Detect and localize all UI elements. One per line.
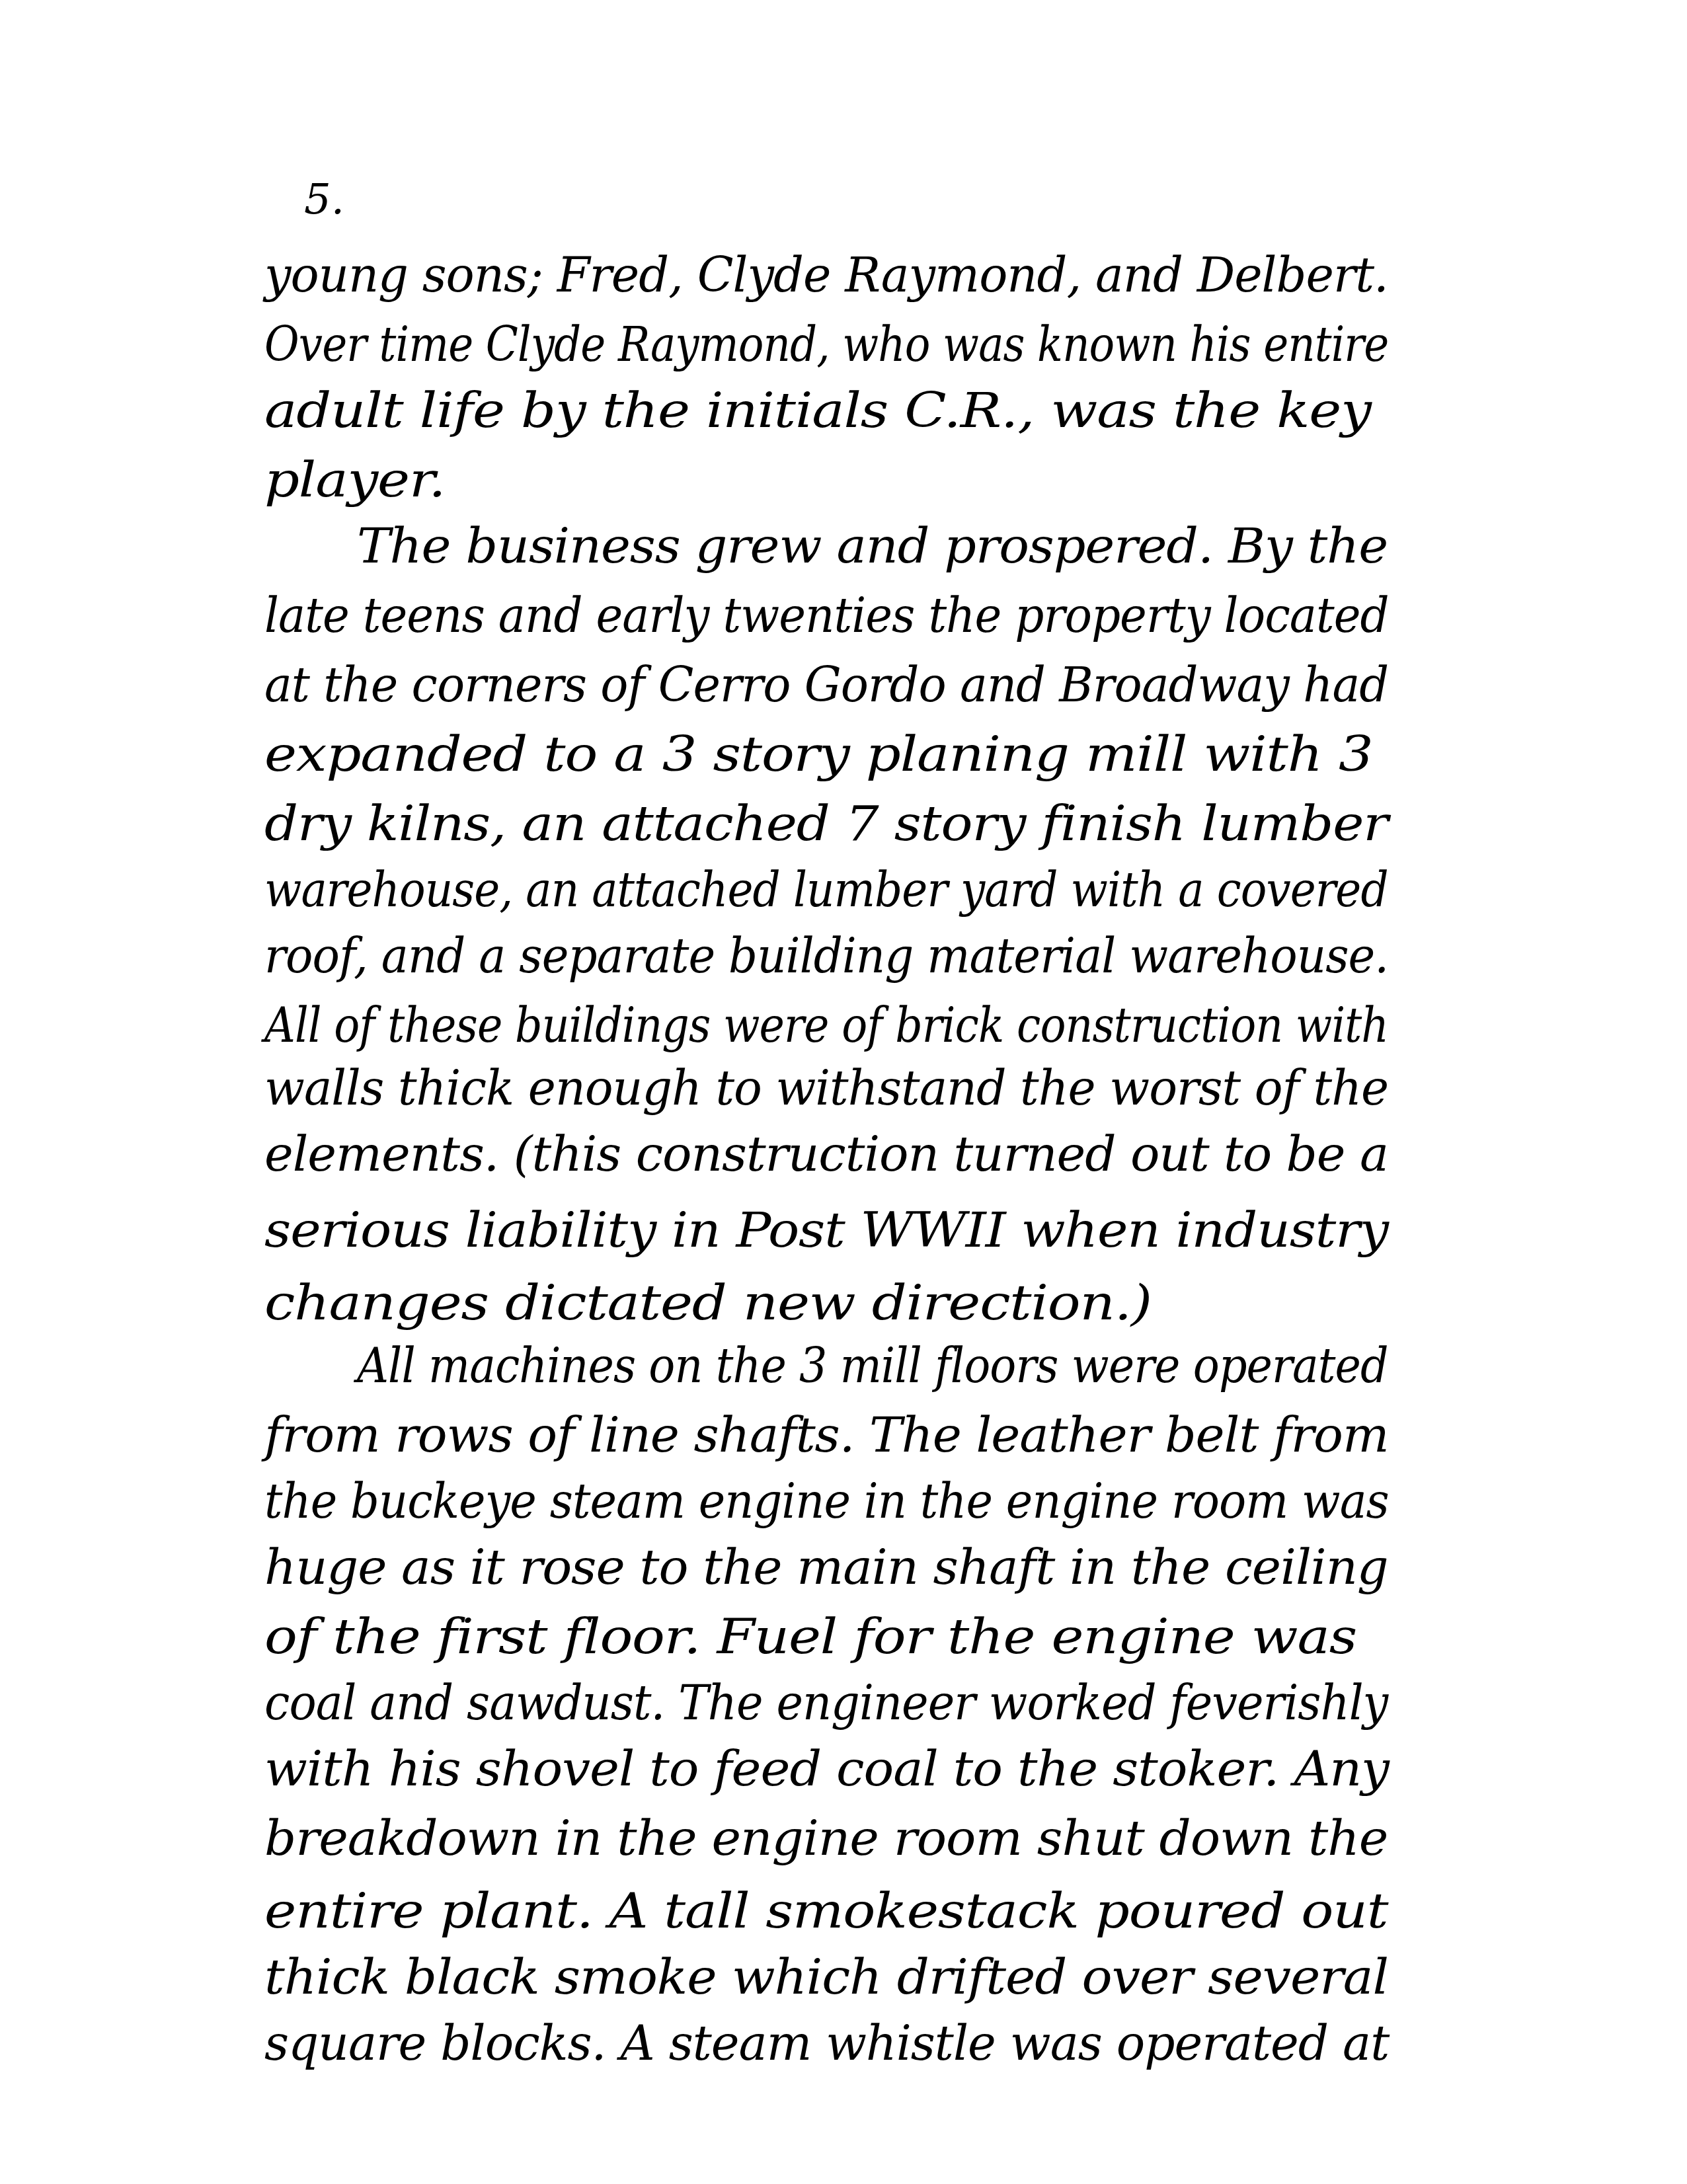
text-line: breakdown in the engine room shut down t… <box>264 1814 1388 1862</box>
text-line: dry kilns, an attached 7 story finish lu… <box>264 800 1388 847</box>
text-line: changes dictated new direction.) <box>264 1279 1152 1327</box>
text-line: walls thick enough to withstand the wors… <box>264 1064 1388 1112</box>
text-line: roof, and a separate building material w… <box>264 932 1388 980</box>
text-line: late teens and early twenties the proper… <box>264 592 1389 639</box>
text-line: at the corners of Cerro Gordo and Broadw… <box>264 661 1388 709</box>
text-line: warehouse, an attached lumber yard with … <box>264 866 1388 914</box>
text-line: thick black smoke which drifted over sev… <box>264 1953 1388 2001</box>
text-line: adult life by the initials C.R., was the… <box>264 387 1371 434</box>
text-line: elements. (this construction turned out … <box>264 1130 1388 1178</box>
paragraph-start-line: All machines on the 3 mill floors were o… <box>357 1342 1388 1389</box>
text-line: from rows of line shafts. The leather be… <box>264 1411 1389 1459</box>
text-line: Over time Clyde Raymond, who was known h… <box>264 321 1388 368</box>
text-line: young sons; Fred, Clyde Raymond, and Del… <box>264 251 1388 299</box>
text-line: huge as it rose to the main shaft in the… <box>264 1543 1388 1591</box>
text-line: entire plant. A tall smokestack poured o… <box>264 1887 1388 1935</box>
text-line: player. <box>264 456 445 504</box>
text-line: with his shovel to feed coal to the stok… <box>264 1745 1389 1793</box>
paragraph-start-line: The business grew and prospered. By the <box>357 522 1388 570</box>
text-line: the buckeye steam engine in the engine r… <box>264 1477 1389 1525</box>
text-line: of the first floor. Fuel for the engine … <box>264 1613 1356 1660</box>
text-line: coal and sawdust. The engineer worked fe… <box>264 1679 1388 1727</box>
text-line: expanded to a 3 story planing mill with … <box>264 730 1373 778</box>
handwritten-page: 5. young sons; Fred, Clyde Raymond, and … <box>0 0 1687 2184</box>
text-line: square blocks. A steam whistle was opera… <box>264 2019 1389 2067</box>
text-line: serious liability in Post WWII when indu… <box>264 1206 1388 1254</box>
page-number: 5. <box>304 178 344 221</box>
text-line: All of these buildings were of brick con… <box>264 1001 1388 1049</box>
